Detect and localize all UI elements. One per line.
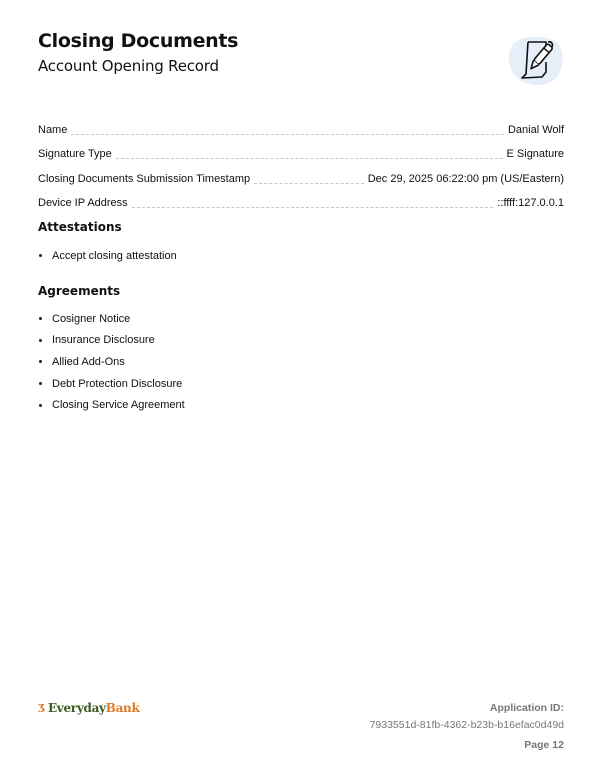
dotted-leader [71, 134, 504, 135]
field-value: Dec 29, 2025 06:22:00 pm (US/Eastern) [368, 173, 564, 185]
page-title: Closing Documents [38, 30, 238, 52]
bullet-icon [39, 360, 42, 363]
everydaybank-logo: Ʒ Everyday Bank [38, 701, 140, 715]
logo-text-everyday: Everyday [48, 701, 106, 715]
field-label: Name [38, 124, 67, 136]
dotted-leader [116, 158, 503, 159]
agreements-list: Cosigner Notice Insurance Disclosure All… [38, 308, 185, 416]
attestations-heading: Attestations [38, 220, 122, 234]
page-subtitle: Account Opening Record [38, 57, 238, 75]
list-item-text: Insurance Disclosure [52, 334, 155, 346]
list-item-text: Allied Add-Ons [52, 356, 125, 368]
bullet-icon [39, 404, 42, 407]
list-item: Cosigner Notice [38, 308, 185, 330]
application-id-value: 7933551d-81fb-4362-b23b-b16efac0d49d [370, 719, 564, 731]
field-value: ::ffff:127.0.0.1 [497, 197, 564, 209]
page-number: Page 12 [370, 739, 564, 751]
dotted-leader [254, 183, 364, 184]
logo-text-bank: Bank [106, 701, 140, 715]
field-label: Device IP Address [38, 197, 128, 209]
document-signature-icon [502, 32, 566, 88]
attestations-list: Accept closing attestation [38, 245, 177, 267]
list-item-text: Accept closing attestation [52, 250, 177, 262]
dotted-leader [132, 207, 494, 208]
field-name: Name Danial Wolf [38, 111, 564, 136]
record-fields: Name Danial Wolf Signature Type E Signat… [38, 111, 564, 209]
field-value: Danial Wolf [508, 124, 564, 136]
footer-application-info: Application ID: 7933551d-81fb-4362-b23b-… [370, 702, 564, 751]
bullet-icon [39, 254, 42, 257]
list-item: Insurance Disclosure [38, 330, 185, 352]
list-item: Allied Add-Ons [38, 351, 185, 373]
application-id-label: Application ID: [370, 702, 564, 714]
field-device-ip: Device IP Address ::ffff:127.0.0.1 [38, 185, 564, 210]
document-header: Closing Documents Account Opening Record [38, 30, 238, 75]
field-label: Closing Documents Submission Timestamp [38, 173, 250, 185]
list-item: Debt Protection Disclosure [38, 373, 185, 395]
field-signature-type: Signature Type E Signature [38, 136, 564, 161]
list-item-text: Debt Protection Disclosure [52, 378, 182, 390]
list-item: Closing Service Agreement [38, 394, 185, 416]
field-submission-timestamp: Closing Documents Submission Timestamp D… [38, 160, 564, 185]
logo-mark-icon: Ʒ [38, 702, 45, 715]
agreements-heading: Agreements [38, 284, 120, 298]
list-item-text: Cosigner Notice [52, 313, 130, 325]
list-item-text: Closing Service Agreement [52, 399, 185, 411]
field-value: E Signature [507, 148, 564, 160]
bullet-icon [39, 339, 42, 342]
field-label: Signature Type [38, 148, 112, 160]
bullet-icon [39, 317, 42, 320]
bullet-icon [39, 382, 42, 385]
list-item: Accept closing attestation [38, 245, 177, 267]
